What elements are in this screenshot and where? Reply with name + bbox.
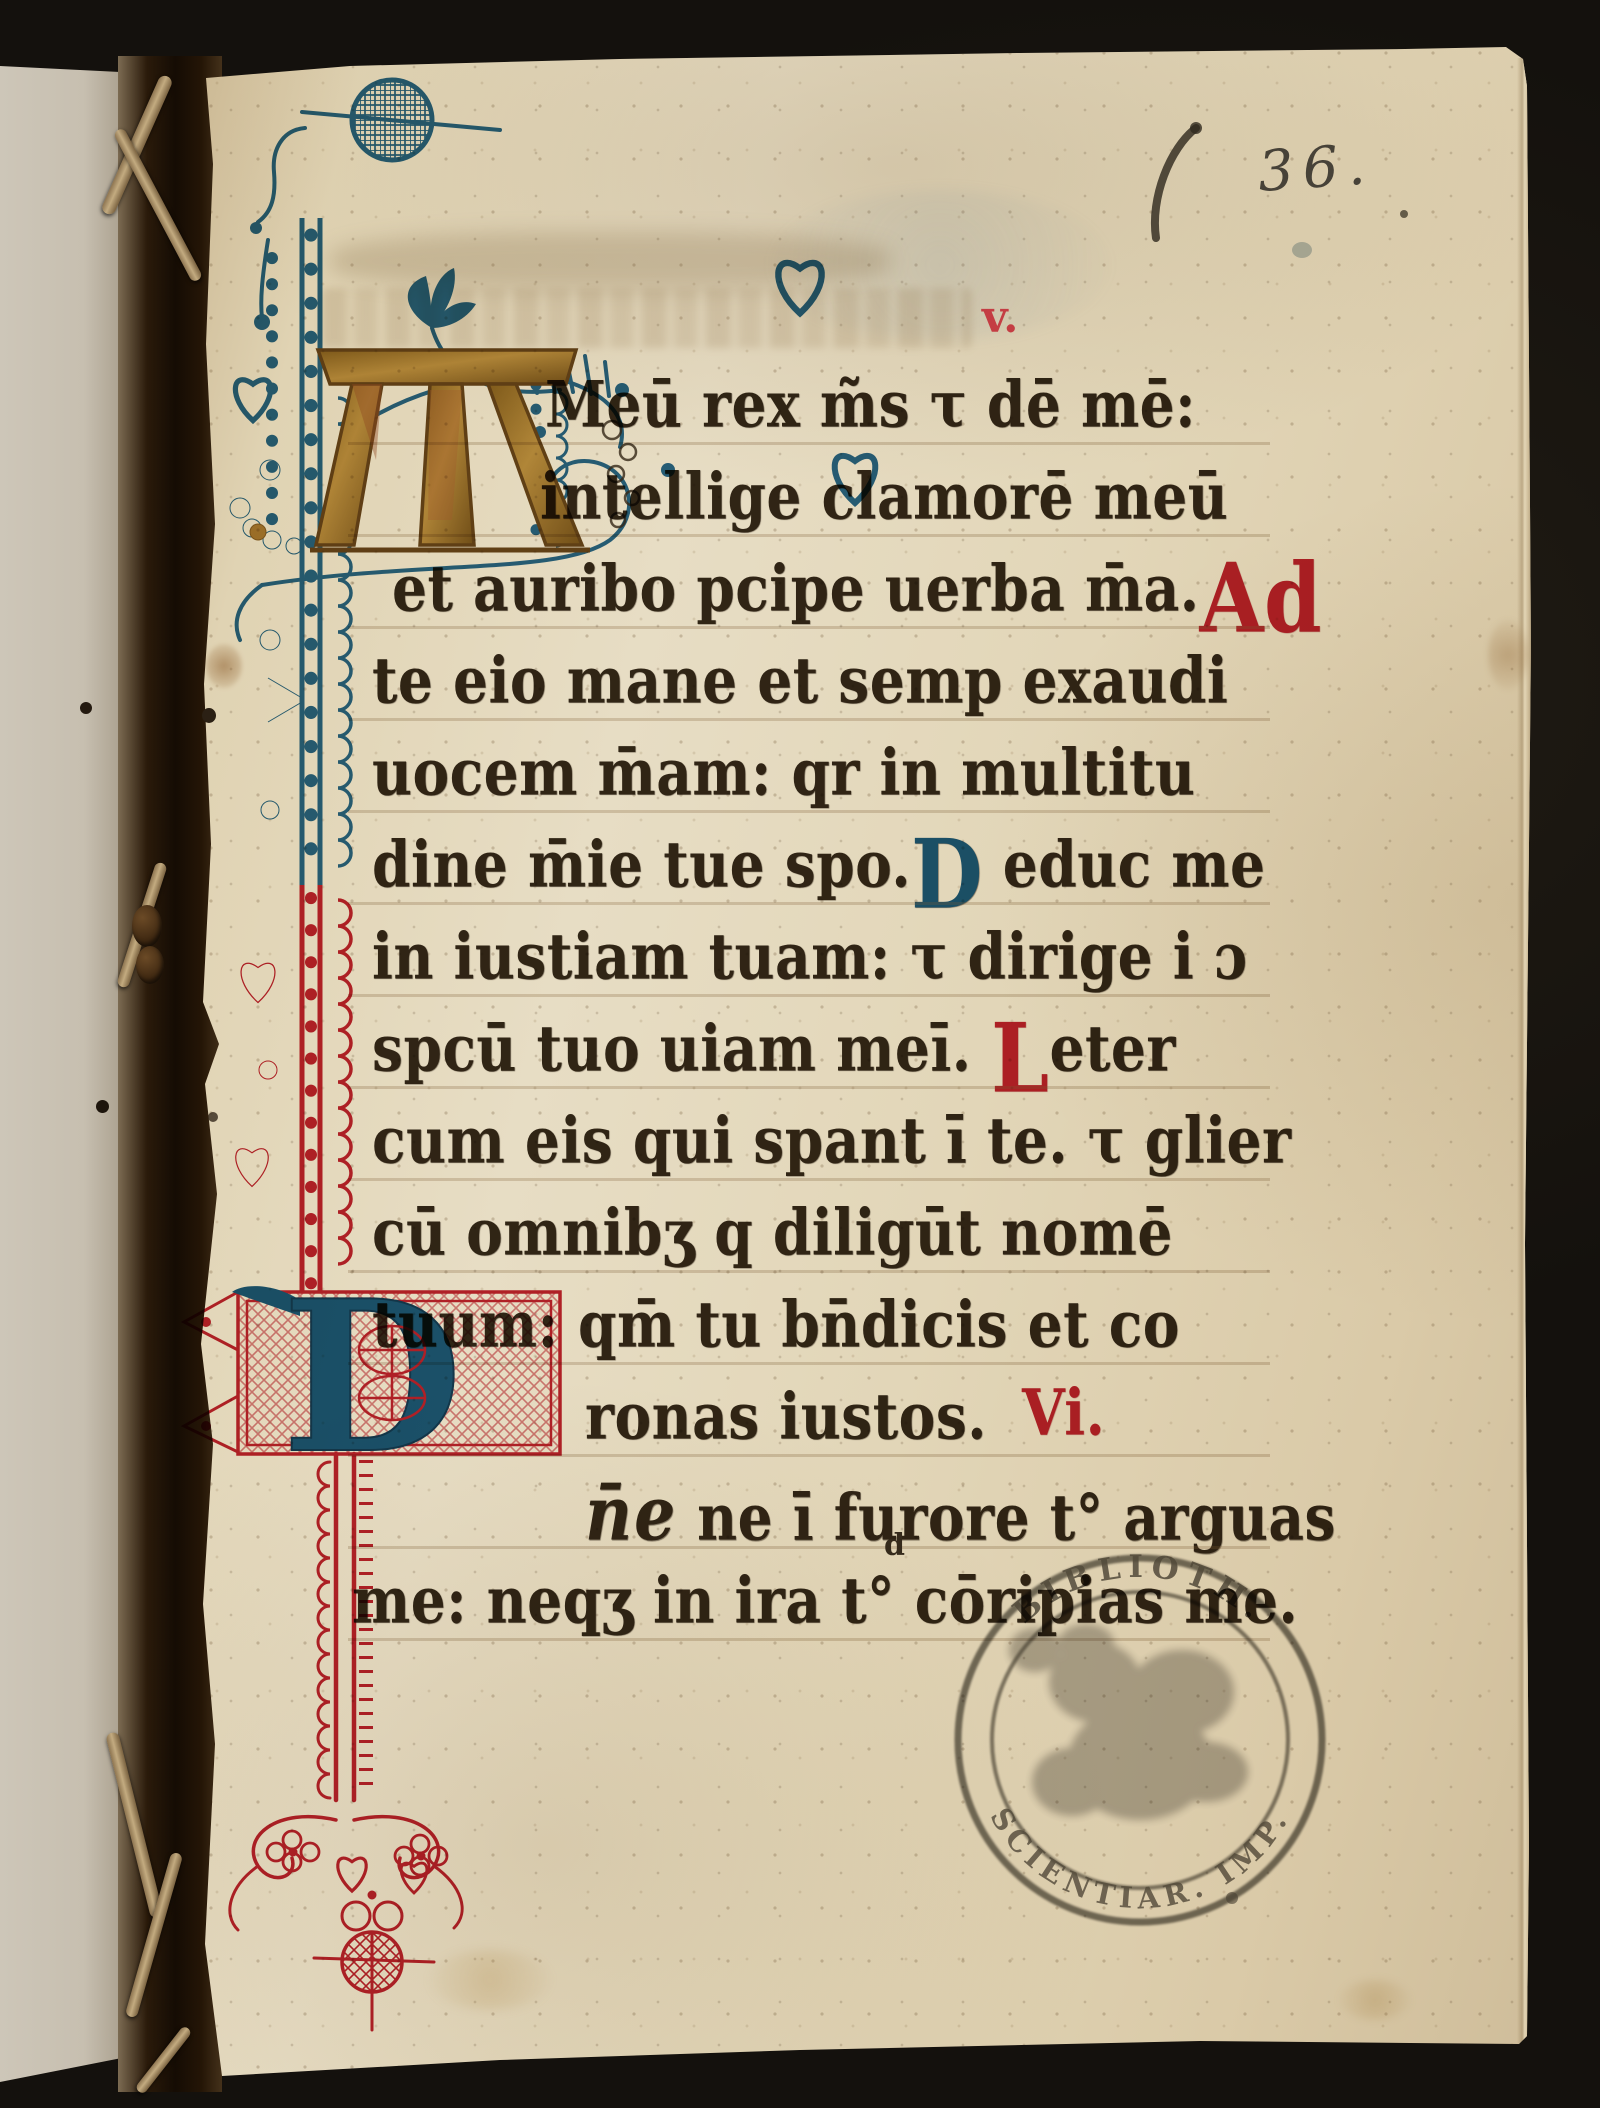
text-segment: in iustiam tuam: τ dirige i ɔ [372,918,1248,993]
ruling-line [348,1454,1270,1457]
ruling-line [348,718,1270,721]
text-segment: n̄e [585,1470,677,1558]
interlinear-correction: d [884,1528,905,1563]
text-line: Vi. [1022,1374,1105,1449]
text-segment: Vi. [1022,1374,1105,1449]
text-line: ronas iustos. [585,1378,987,1453]
text-line: me: neqʒ in ira t° cōripias me. [352,1562,1298,1637]
ruling-line [348,1362,1270,1365]
text-segment: uocem m̄am: qr in multitu [372,734,1195,809]
text-segment: et auribo pcipe uerba m̄a. [392,550,1199,625]
ruling-line [348,626,1270,629]
text-block: Meū rex m̃s τ dē mē:intellige clamorē me… [0,0,1600,2108]
text-segment: tuum: qm̄ tu bn̄dicis et co [372,1286,1180,1361]
text-line: spcū tuo uiam meī. Leter [372,1010,1176,1093]
text-segment: educ me [983,826,1265,901]
ruling-line [348,1270,1270,1273]
text-segment: spcū tuo uiam meī. [372,1010,991,1085]
text-line: Meū rex m̃s τ dē mē: [545,366,1196,441]
text-segment: me: neqʒ in ira t° cōripias me. [352,1562,1298,1637]
text-segment: ronas iustos. [585,1378,987,1453]
ruling-line [348,1546,1270,1549]
ruling-line [348,1638,1270,1641]
text-line: cum eis qui spant ī te. τ glier [372,1102,1292,1177]
text-line: cū omnibʒ q diligūt nomē [372,1194,1173,1269]
text-segment: cum eis qui spant ī te. τ glier [372,1102,1292,1177]
text-segment: dine m̄ie tue spo. [372,826,911,901]
text-segment: te eio mane et semp exaudi [372,642,1228,717]
text-line: intellige clamorē meū [540,458,1228,533]
text-segment: cū omnibʒ q diligūt nomē [372,1194,1173,1269]
text-line: n̄e ne ī furore t° arguas [585,1470,1336,1558]
text-segment: L [991,1003,1050,1114]
ruling-line [348,902,1270,905]
ruling-line [348,442,1270,445]
text-segment: ne ī furore t° arguas [677,1479,1335,1554]
ruling-line [348,810,1270,813]
text-line: tuum: qm̄ tu bn̄dicis et co [372,1286,1180,1361]
text-line: te eio mane et semp exaudi [372,642,1228,717]
ruling-line [348,1086,1270,1089]
text-segment: Meū rex m̃s τ dē mē: [545,366,1196,441]
text-segment: Ad [1199,543,1322,654]
text-line: uocem m̄am: qr in multitu [372,734,1195,809]
ruling-line [348,1178,1270,1181]
text-line: in iustiam tuam: τ dirige i ɔ [372,918,1248,993]
text-segment: eter [1050,1010,1176,1085]
ruling-line [348,534,1270,537]
text-segment: D [911,819,983,930]
ruling-line [348,994,1270,997]
text-segment: intellige clamorē meū [540,458,1228,533]
text-line: et auribo pcipe uerba m̄a.Ad [392,550,1322,633]
manuscript-photo: v. 36. [0,0,1600,2108]
text-line: dine m̄ie tue spo.D educ me [372,826,1266,909]
